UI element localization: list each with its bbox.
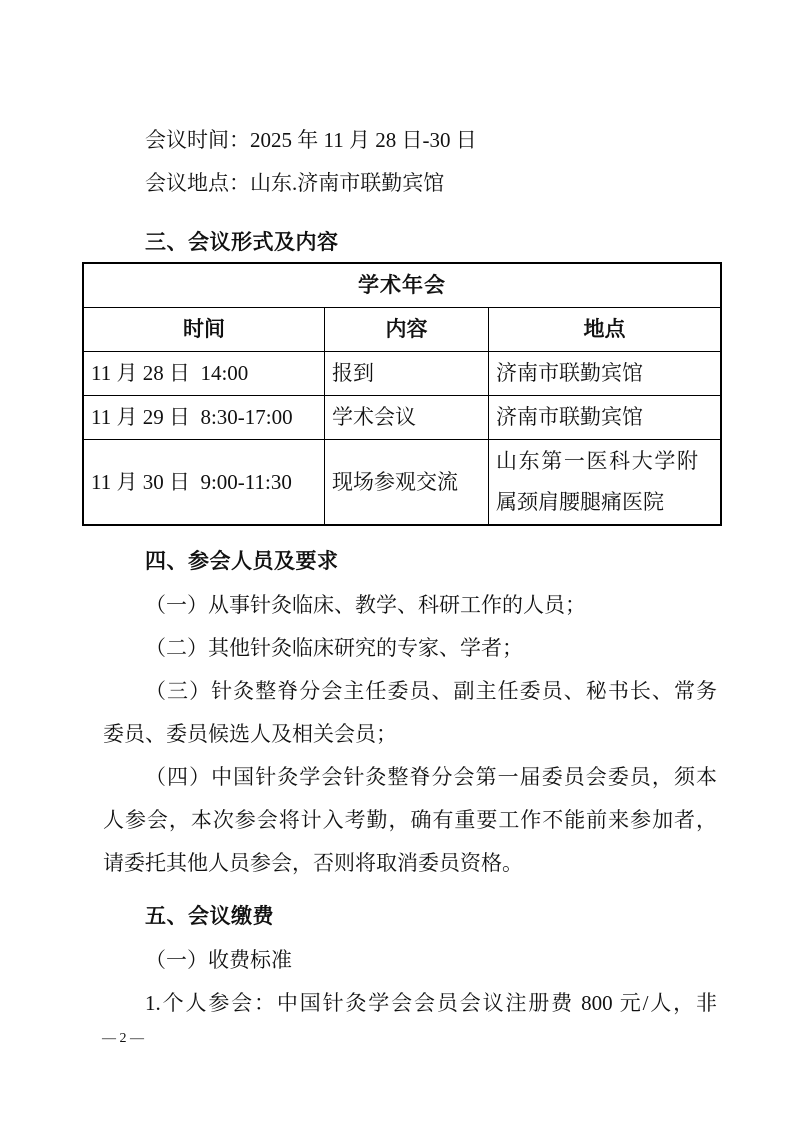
- table-row: 11 月 30 日 9:00-11:30 现场参观交流 山东第一医科大学附属颈肩…: [83, 440, 721, 526]
- attendees-item-3-line-1: （三）针灸整脊分会主任委员、副主任委员、秘书长、常务: [103, 670, 717, 713]
- section-heading-attendees: 四、参会人员及要求: [103, 540, 717, 584]
- page-number: — 2 —: [102, 1029, 144, 1049]
- cell-content-3: 现场参观交流: [325, 440, 489, 526]
- header-place: 地点: [489, 308, 721, 352]
- meeting-time-line: 会议时间：2025 年 11 月 28 日-30 日: [103, 119, 717, 162]
- attendees-item-4-line-2: 人参会，本次参会将计入考勤，确有重要工作不能前来参加者，: [103, 799, 717, 842]
- attendees-item-2: （二）其他针灸临床研究的专家、学者；: [103, 627, 717, 670]
- attendees-item-3-line-2: 委员、委员候选人及相关会员；: [103, 713, 717, 756]
- header-time: 时间: [83, 308, 325, 352]
- document-page: 会议时间：2025 年 11 月 28 日-30 日 会议地点：山东.济南市联勤…: [0, 0, 800, 1131]
- cell-place-2: 济南市联勤宾馆: [489, 396, 721, 440]
- attendees-item-4-line-1: （四）中国针灸学会针灸整脊分会第一届委员会委员，须本: [103, 756, 717, 799]
- attendees-item-1: （一）从事针灸临床、教学、科研工作的人员；: [103, 584, 717, 627]
- table-title-row: 学术年会: [83, 263, 721, 308]
- schedule-table: 学术年会 时间 内容 地点 11 月 28 日 14:00 报到 济南市联勤宾馆…: [82, 262, 722, 526]
- cell-time-2: 11 月 29 日 8:30-17:00: [83, 396, 325, 440]
- table-title: 学术年会: [83, 263, 721, 308]
- cell-time-3: 11 月 30 日 9:00-11:30: [83, 440, 325, 526]
- cell-content-1: 报到: [325, 352, 489, 396]
- table-row: 11 月 29 日 8:30-17:00 学术会议 济南市联勤宾馆: [83, 396, 721, 440]
- section-heading-format: 三、会议形式及内容: [103, 221, 717, 265]
- document-content: 会议时间：2025 年 11 月 28 日-30 日 会议地点：山东.济南市联勤…: [103, 119, 717, 1025]
- attendees-item-4-line-3: 请委托其他人员参会，否则将取消委员资格。: [103, 842, 717, 885]
- fees-item-2: 1.个人参会：中国针灸学会会员会议注册费 800 元/人，非: [103, 982, 717, 1025]
- table-header-row: 时间 内容 地点: [83, 308, 721, 352]
- cell-place-1: 济南市联勤宾馆: [489, 352, 721, 396]
- meeting-venue-line: 会议地点：山东.济南市联勤宾馆: [103, 162, 717, 205]
- header-content: 内容: [325, 308, 489, 352]
- cell-place-3: 山东第一医科大学附属颈肩腰腿痛医院: [489, 440, 721, 526]
- fees-item-1: （一）收费标准: [103, 939, 717, 982]
- table-row: 11 月 28 日 14:00 报到 济南市联勤宾馆: [83, 352, 721, 396]
- section-heading-fees: 五、会议缴费: [103, 895, 717, 939]
- cell-content-2: 学术会议: [325, 396, 489, 440]
- cell-time-1: 11 月 28 日 14:00: [83, 352, 325, 396]
